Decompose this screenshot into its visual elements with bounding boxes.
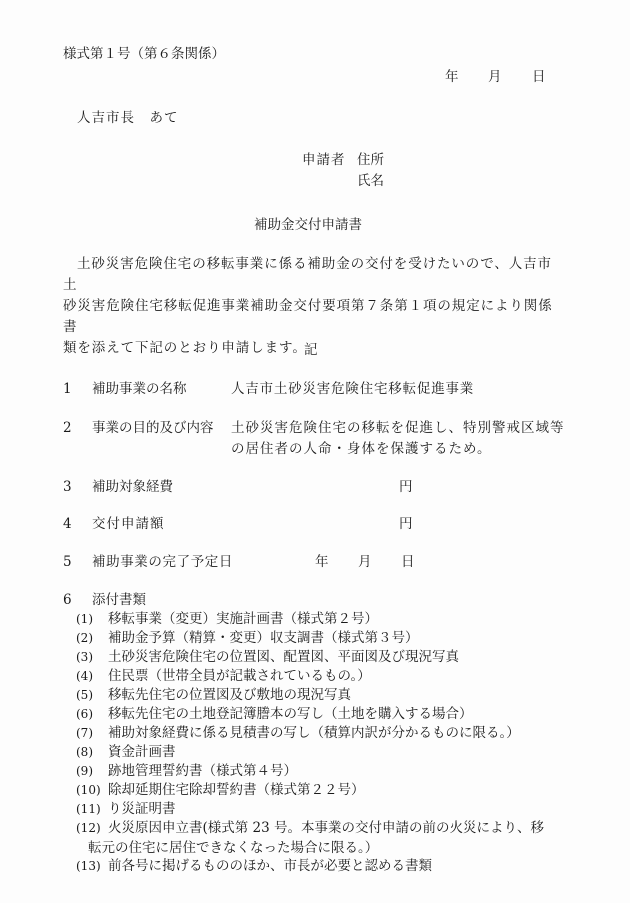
attachment-number: (13) (76, 856, 108, 876)
attachment-number: (3) (76, 647, 108, 667)
attachment-text: 移転先住宅の位置図及び敷地の現況写真 (108, 687, 351, 703)
attachment-text: 跡地管理誓約書（様式第４号） (108, 763, 297, 779)
item-unit: 円 (399, 477, 413, 497)
attachment-item: (1)移転事業（変更）実施計画書（様式第２号） (76, 609, 378, 629)
date-month: 月 (488, 67, 502, 87)
attachment-text: 除却延期住宅除却誓約書（様式第２２号） (108, 782, 365, 798)
item-value-line-1: 土砂災害危険住宅の移転を促進し、特別警戒区域等 (231, 418, 565, 438)
item-label: 補助事業の完了予定日 (92, 552, 233, 572)
date-year: 年 (445, 67, 459, 87)
item-number: 3 (63, 477, 72, 497)
item-label: 補助事業の名称 (92, 379, 187, 399)
attachment-item: (5)移転先住宅の位置図及び敷地の現況写真 (76, 685, 351, 705)
item-label: 添付書類 (92, 590, 146, 610)
attachment-number: (11) (76, 799, 108, 819)
applicant-label: 申請者 (302, 150, 346, 170)
attachment-item: (7)補助対象経費に係る見積書の写し（積算内訳が分かるものに限る。） (76, 723, 520, 743)
date-day: 日 (532, 67, 546, 87)
address-label: 住所 (357, 150, 384, 170)
ki-heading: 記 (304, 340, 318, 360)
attachment-text: 移転事業（変更）実施計画書（様式第２号） (108, 611, 378, 627)
item-number: 2 (63, 418, 72, 438)
addressee: 人吉市長 あて (77, 108, 179, 128)
attachment-number: (9) (76, 761, 108, 781)
attachment-item: (13)前各号に掲げるもののほか、市長が必要と認める書類 (76, 856, 432, 876)
item-value-line-2: の居住者の人命・身体を保護するため。 (231, 439, 491, 459)
completion-month: 月 (358, 552, 372, 572)
attachment-item: (8)資金計画書 (76, 742, 176, 762)
attachment-item: (11)り災証明書 (76, 799, 176, 819)
attachment-number: (5) (76, 685, 108, 705)
attachment-number: (12) (76, 818, 108, 838)
attachment-item: (10)除却延期住宅除却誓約書（様式第２２号） (76, 780, 365, 800)
item-number: 4 (63, 514, 72, 534)
attachment-number: (1) (76, 609, 108, 629)
attachment-text: 住民票（世帯全員が記載されているもの。） (108, 668, 371, 684)
attachment-text: 補助金予算（精算・変更）収支調書（様式第３号） (108, 630, 419, 646)
attachment-number: (6) (76, 704, 108, 724)
attachment-item: (9)跡地管理誓約書（様式第４号） (76, 761, 297, 781)
attachment-text: 補助対象経費に係る見積書の写し（積算内訳が分かるものに限る。） (108, 725, 520, 741)
item-label: 交付申請額 (92, 514, 165, 534)
item-number: 5 (63, 552, 72, 572)
attachment-number: (2) (76, 628, 108, 648)
attachment-text: り災証明書 (108, 801, 176, 817)
attachment-item: (2)補助金予算（精算・変更）収支調書（様式第３号） (76, 628, 419, 648)
name-label: 氏名 (357, 171, 384, 191)
item-number: 1 (63, 379, 72, 399)
item-unit: 円 (399, 514, 413, 534)
completion-year: 年 (315, 552, 329, 572)
attachment-text: 前各号に掲げるもののほか、市長が必要と認める書類 (108, 858, 432, 874)
attachment-text-continuation: 転元の住宅に居住できなくなった場合に限る。） (76, 838, 544, 858)
item-value: 人吉市土砂災害危険住宅移転促進事業 (231, 379, 474, 399)
item-label: 補助対象経費 (92, 477, 173, 497)
item-2: 2 事業の目的及び内容 土砂災害危険住宅の移転を促進し、特別警戒区域等 の居住者… (0, 418, 630, 460)
item-label: 事業の目的及び内容 (92, 418, 214, 438)
body-line-2: 砂災害危険住宅移転促進事業補助金交付要項第７条第１項の規定により関係書 (63, 296, 563, 338)
attachment-text: 移転先住宅の土地登記簿謄本の写し（土地を購入する場合） (108, 706, 473, 722)
attachment-number: (7) (76, 723, 108, 743)
attachment-number: (4) (76, 666, 108, 686)
attachment-item: (12)火災原因申立書(様式第 23 号。本事業の交付申請の前の火災により、移 … (76, 818, 544, 858)
attachment-number: (10) (76, 780, 108, 800)
attachment-item: (4)住民票（世帯全員が記載されているもの。） (76, 666, 371, 686)
attachment-item: (6)移転先住宅の土地登記簿謄本の写し（土地を購入する場合） (76, 704, 473, 724)
completion-day: 日 (401, 552, 415, 572)
attachment-text: 火災原因申立書(様式第 23 号。本事業の交付申請の前の火災により、移 (108, 820, 544, 836)
attachment-text: 土砂災害危険住宅の位置図、配置図、平面図及び現況写真 (108, 649, 459, 665)
body-line-1: 土砂災害危険住宅の移転事業に係る補助金の交付を受けたいので、人吉市土 (63, 256, 552, 293)
document-title: 補助金交付申請書 (254, 215, 362, 235)
attachment-item: (3)土砂災害危険住宅の位置図、配置図、平面図及び現況写真 (76, 647, 459, 667)
attachment-number: (8) (76, 742, 108, 762)
form-number: 様式第１号（第６条関係） (63, 44, 225, 64)
attachment-text: 資金計画書 (108, 744, 176, 760)
item-number: 6 (63, 590, 72, 610)
